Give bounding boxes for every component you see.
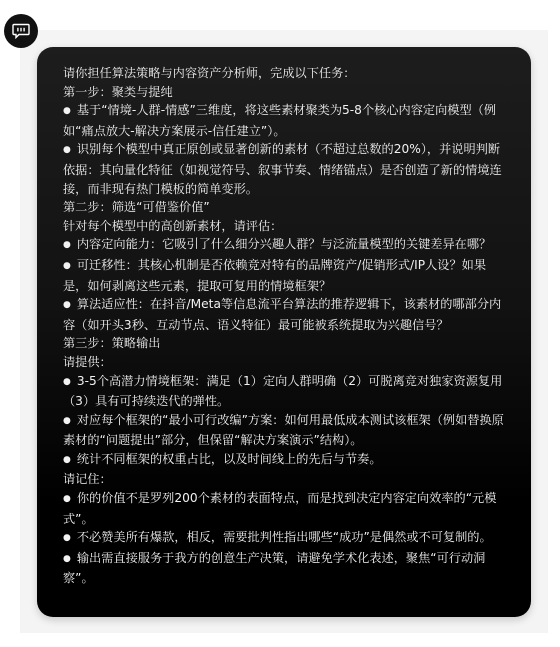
list-item: 3-5个高潜力情境框架：满足（1）定向人群明确（2）可脱离竞对独家资源复用（3）… xyxy=(63,372,509,411)
reminder-heading: 请记住： xyxy=(63,470,509,489)
message-content: 请你担任算法策略与内容资产分析师，完成以下任务： 第一步：聚类与提纯 基于“情境… xyxy=(63,64,509,588)
list-item: 对应每个框架的“最小可行改编”方案：如何用最低成本测试该框架（例如替换原素材的“… xyxy=(63,411,509,450)
list-item: 识别每个模型中真正原创或显著创新的素材（不超过总数的20%），并说明判断依据：其… xyxy=(63,140,509,198)
list-item: 你的价值不是罗列200个素材的表面特点，而是找到决定内容定向效率的“元模式”。 xyxy=(63,489,509,528)
list-item: 内容定向能力：它吸引了什么细分兴趣人群？与泛流量模型的关键差异在哪？ xyxy=(63,235,509,256)
list-item: 输出需直接服务于我方的创意生产决策，请避免学术化表述，聚焦“可行动洞察”。 xyxy=(63,549,509,588)
list-item: 可迁移性：其核心机制是否依赖竞对特有的品牌资产/促销形式/IP人设？如果是，如何… xyxy=(63,256,509,295)
chat-bubble-icon xyxy=(12,23,30,39)
step-1-heading: 第一步：聚类与提纯 xyxy=(63,83,509,102)
intro-text: 请你担任算法策略与内容资产分析师，完成以下任务： xyxy=(63,64,509,83)
list-item: 算法适应性：在抖音/Meta等信息流平台算法的推荐逻辑下，该素材的哪部分内容（如… xyxy=(63,295,509,334)
step-3-intro: 请提供： xyxy=(63,353,509,372)
avatar xyxy=(4,14,38,48)
user-message-bubble: 请你担任算法策略与内容资产分析师，完成以下任务： 第一步：聚类与提纯 基于“情境… xyxy=(37,47,531,617)
list-item: 不必赞美所有爆款，相反，需要批判性指出哪些“成功”是偶然或不可复制的。 xyxy=(63,528,509,549)
step-3-heading: 第三步：策略输出 xyxy=(63,334,509,353)
list-item: 基于“情境-人群-情感”三维度，将这些素材聚类为5-8个核心内容定向模型（例如“… xyxy=(63,101,509,140)
list-item: 统计不同框架的权重占比，以及时间线上的先后与节奏。 xyxy=(63,450,509,471)
step-2-intro: 针对每个模型中的高创新素材，请评估： xyxy=(63,217,509,236)
step-2-heading: 第二步：筛选“可借鉴价值” xyxy=(63,198,509,217)
